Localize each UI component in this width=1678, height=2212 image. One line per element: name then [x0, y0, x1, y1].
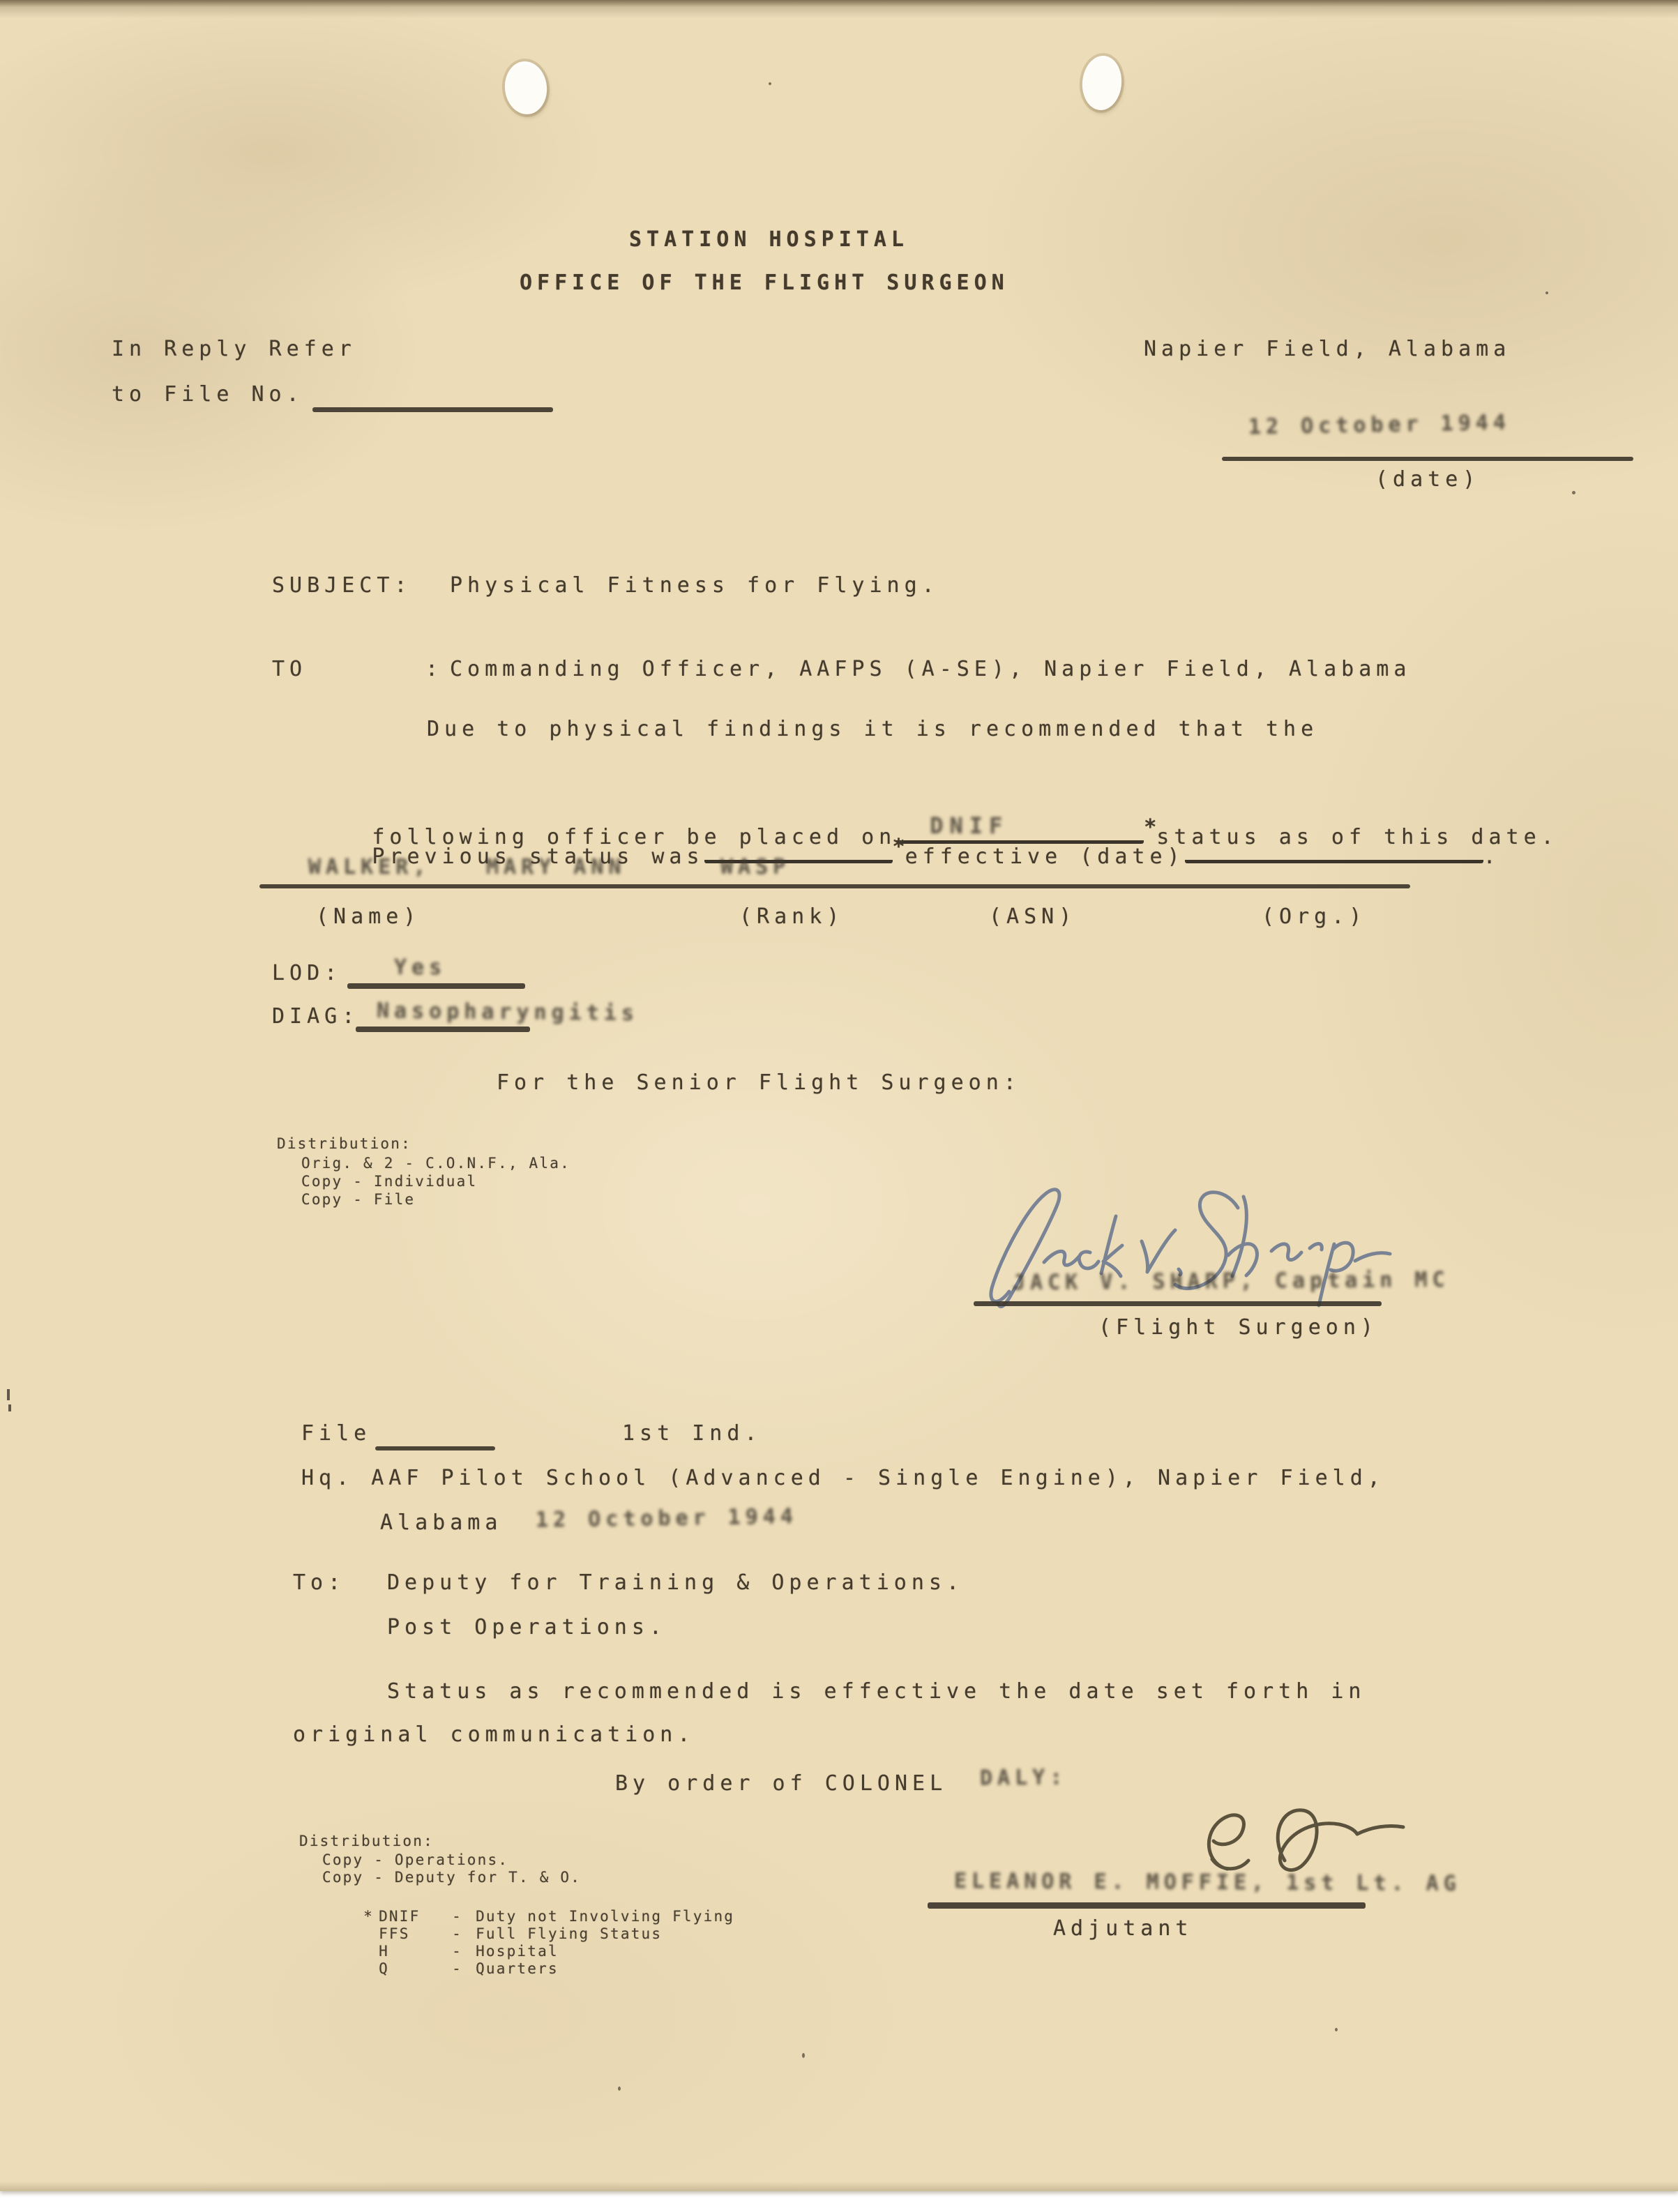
- signature-2-caption: Adjutant: [1053, 1916, 1193, 1941]
- column-label-org: (Org.): [1262, 904, 1366, 929]
- letterhead-line2: OFFICE OF THE FLIGHT SURGEON: [520, 271, 1009, 295]
- officer-fill-line: [259, 884, 1410, 888]
- subject-label: SUBJECT:: [272, 573, 412, 598]
- scanned-document-page: STATION HOSPITAL OFFICE OF THE FLIGHT SU…: [0, 0, 1678, 2212]
- location-line: Napier Field, Alabama: [1144, 337, 1511, 361]
- edge-mark: [7, 1389, 10, 1400]
- column-label-asn: (ASN): [989, 904, 1076, 929]
- endorsement-to-line-2: Post Operations.: [387, 1615, 667, 1639]
- endorsement-line-1: Hq. AAF Pilot School (Advanced - Single …: [301, 1466, 1385, 1490]
- diag-label: DIAG:: [272, 1004, 359, 1029]
- legend-separator: -: [452, 1960, 476, 1977]
- signature-1-caption: (Flight Surgeon): [1098, 1315, 1378, 1340]
- asterisk-2: *: [893, 835, 905, 859]
- column-label-rank: (Rank): [739, 904, 844, 929]
- status-paragraph-line-2: original communication.: [293, 1722, 695, 1747]
- endorsement-to-label: To:: [293, 1570, 345, 1595]
- diag-fill-line: [356, 1027, 530, 1032]
- subject-value: Physical Fitness for Flying.: [450, 573, 939, 598]
- officer-surname-stamp: WALKER,: [308, 855, 430, 879]
- to-value: Commanding Officer, AAFPS (A-SE), Napier…: [450, 657, 1411, 681]
- distribution-2-title: Distribution:: [299, 1833, 434, 1849]
- jack-sharp-signature: [966, 1173, 1412, 1319]
- lod-stamp: Yes: [394, 955, 446, 980]
- file-no-fill-line: [312, 407, 553, 412]
- edge-mark: [8, 1404, 11, 1411]
- adjutant-name-stamp: ELEANOR E. MOFFIE, 1st Lt. AG: [954, 1869, 1461, 1896]
- date-caption: (date): [1375, 467, 1480, 492]
- paper-speck: [769, 82, 771, 85]
- paper-sheet: STATION HOSPITAL OFFICE OF THE FLIGHT SU…: [0, 0, 1678, 2191]
- paper-speck: [802, 2053, 805, 2058]
- signature-1-line: [974, 1301, 1382, 1306]
- paper-top-edge: [0, 0, 1678, 18]
- flight-surgeon-name-stamp: JACK V. SHARP, Captain MC: [1013, 1268, 1450, 1295]
- reply-refer-line1: In Reply Refer: [112, 337, 356, 361]
- officer-org-stamp: WASP: [720, 855, 790, 879]
- first-ind-label: 1st Ind.: [622, 1421, 762, 1446]
- hole-punch-left: [502, 59, 550, 116]
- paper-speck: [1335, 2028, 1338, 2031]
- body-line-3-mid: effective (date): [905, 844, 1185, 869]
- lod-fill-line: [347, 983, 525, 989]
- distribution-2-item: Copy - Operations.: [322, 1851, 508, 1868]
- signature-2-line: [928, 1902, 1366, 1909]
- to-label: TO: [272, 657, 307, 681]
- legend-key: Q: [379, 1960, 452, 1977]
- endorsement-line-2: Alabama: [380, 1510, 502, 1535]
- distribution-1-item: Copy - File: [301, 1191, 415, 1208]
- paper-bottom-edge: [0, 2181, 1678, 2191]
- file-label: File: [301, 1421, 371, 1446]
- colonel-name-stamp: DALY:: [980, 1765, 1068, 1790]
- paper-speck: [1545, 291, 1548, 294]
- date-stamp: 12 October 1944: [1248, 411, 1511, 440]
- officer-given-name-stamp: MARY ANN: [486, 855, 626, 879]
- diag-stamp: Nasopharyngitis: [377, 999, 639, 1026]
- status-paragraph-line-1: Status as recommended is effective the d…: [387, 1679, 1366, 1704]
- legend-row-q: Q-Quarters: [301, 1944, 559, 1994]
- reply-refer-line2: to File No.: [112, 382, 304, 407]
- hole-punch-right: [1080, 54, 1124, 112]
- body-line-1: Due to physical findings it is recommend…: [427, 717, 1318, 741]
- to-colon: :: [425, 657, 443, 681]
- letterhead-line1: STATION HOSPITAL: [629, 227, 909, 252]
- closing-line: For the Senior Flight Surgeon:: [497, 1070, 1021, 1095]
- endorsement-date-stamp: 12 October 1944: [536, 1504, 798, 1532]
- distribution-1-item: Copy - Individual: [301, 1173, 477, 1190]
- lod-label: LOD:: [272, 961, 342, 985]
- date-fill-line: [1222, 457, 1633, 461]
- paper-speck: [618, 2086, 621, 2091]
- distribution-1-title: Distribution:: [277, 1135, 411, 1152]
- effective-date-fill-line: [1185, 839, 1483, 863]
- paper-speck: [1572, 491, 1575, 494]
- endorsement-to-line-1: Deputy for Training & Operations.: [387, 1570, 964, 1595]
- distribution-2-item: Copy - Deputy for T. & O.: [322, 1869, 581, 1886]
- legend-value: Quarters: [476, 1960, 559, 1977]
- body-line-3: Previous status was*effective (date).: [267, 815, 1501, 893]
- file-fill-line: [375, 1446, 495, 1450]
- distribution-1-item: Orig. & 2 - C.O.N.F., Ala.: [301, 1155, 570, 1172]
- column-label-name: (Name): [316, 904, 421, 929]
- body-line-3-end: .: [1483, 844, 1501, 869]
- by-order-line: By order of COLONEL: [615, 1771, 947, 1796]
